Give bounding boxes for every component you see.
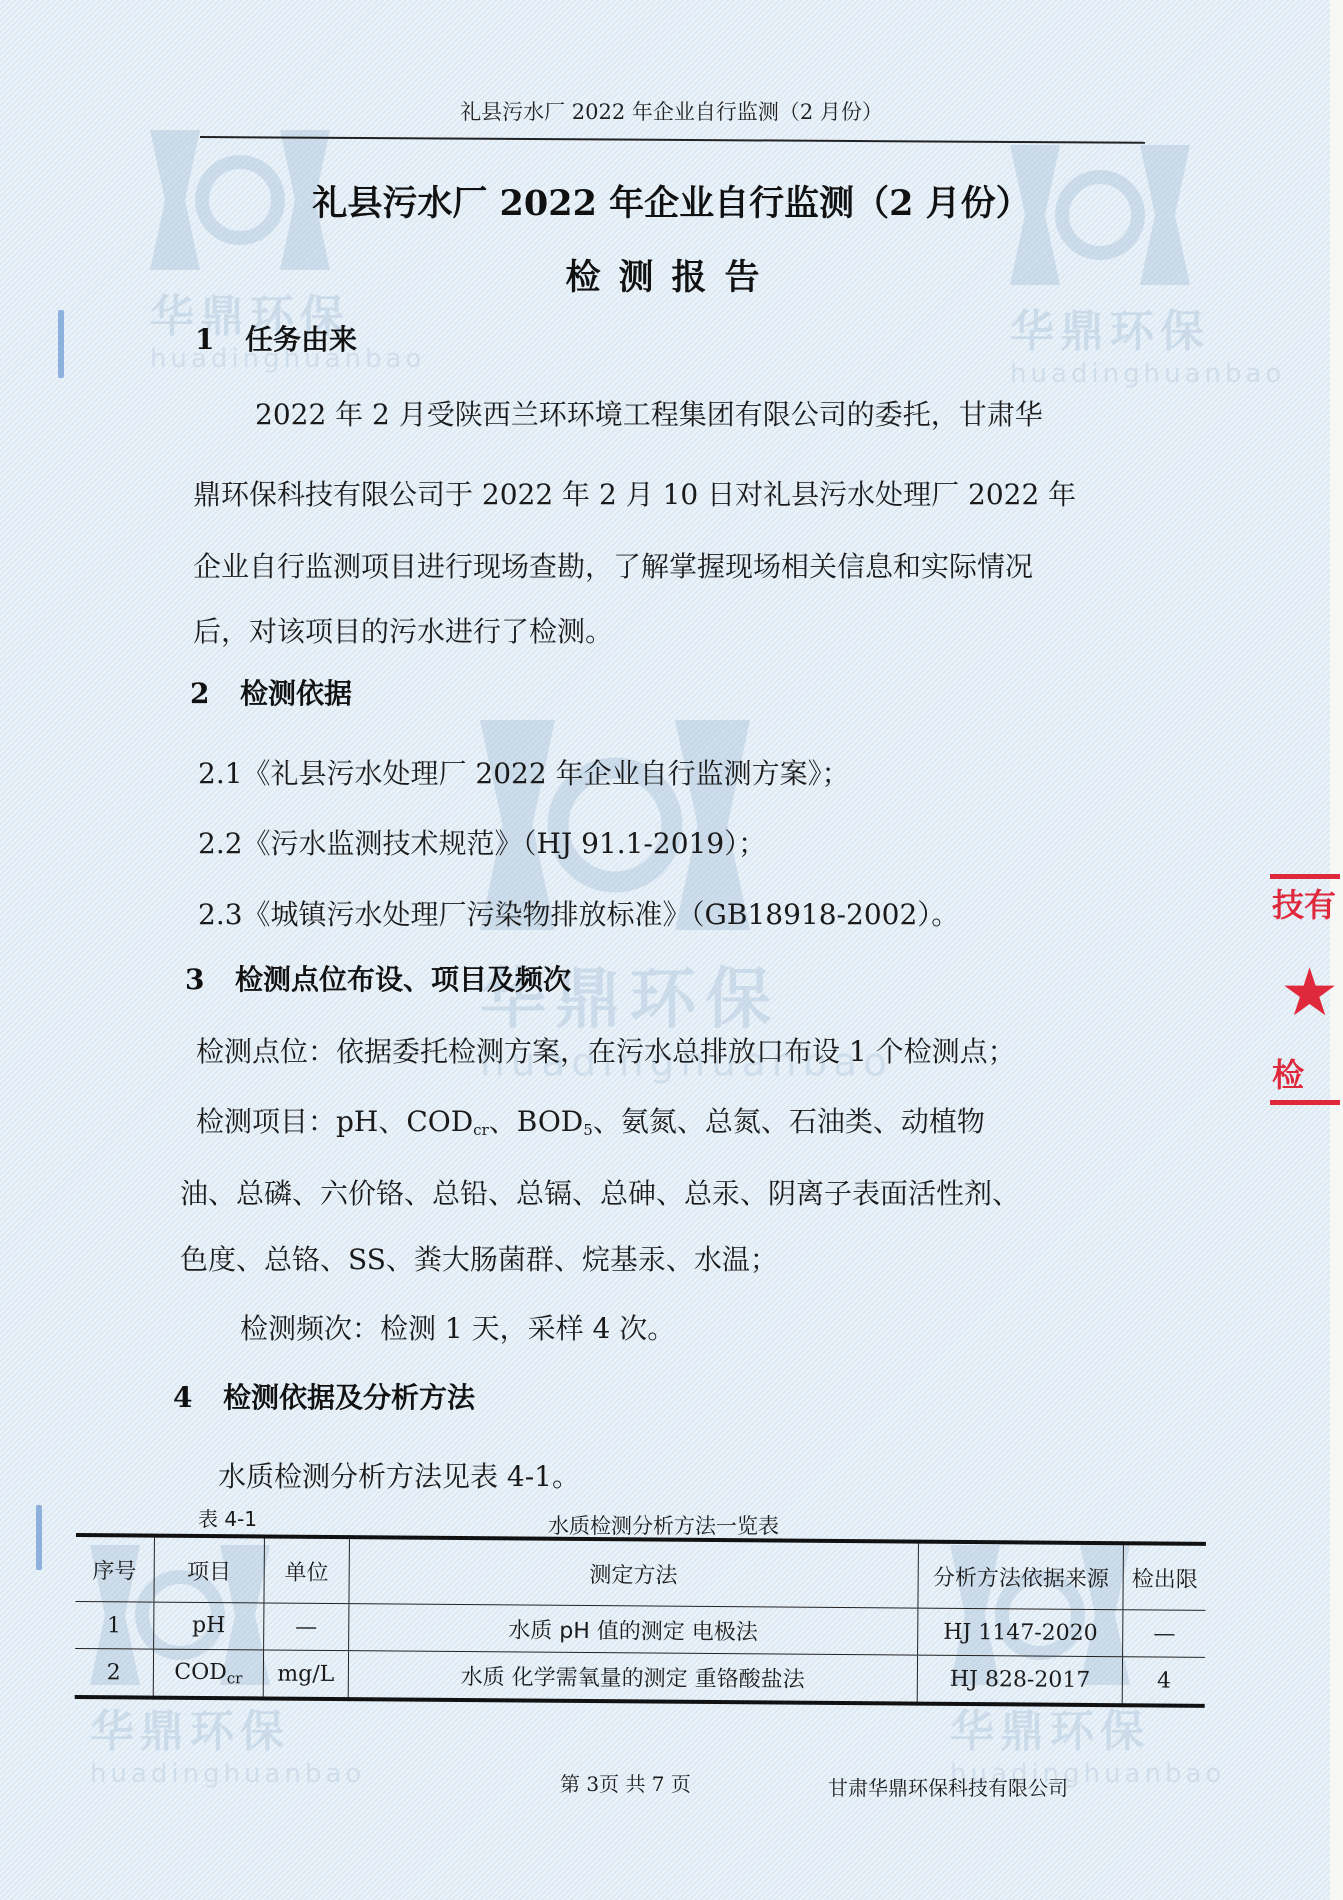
col-header-method: 测定方法 [348, 1537, 918, 1608]
monitoring-point: 检测点位：依据委托检测方案，在污水总排放口布设 1 个检测点； [196, 1030, 1016, 1070]
section-heading-3: 3检测点位布设、项目及频次 [185, 958, 571, 998]
paragraph-line: 鼎环保科技有限公司于 2022 年 2 月 10 日对礼县污水处理厂 2022 … [193, 473, 1076, 513]
reference-item: 2.2《污水监测技术规范》（HJ 91.1-2019）； [198, 822, 766, 862]
col-header-unit: 单位 [264, 1536, 349, 1603]
monitoring-items-cont: 油、总磷、六价铬、总铅、总镉、总砷、总汞、阴离子表面活性剂、 [180, 1172, 1020, 1212]
col-header-item: 项目 [153, 1536, 264, 1603]
analysis-methods-table: 序号 项目 单位 测定方法 分析方法依据来源 检出限 1 pH — 水质 pH … [75, 1533, 1206, 1708]
table-title: 水质检测分析方法一览表 [548, 1510, 779, 1540]
section-heading-2: 2检测依据 [190, 672, 352, 712]
table-header-row: 序号 项目 单位 测定方法 分析方法依据来源 检出限 [75, 1535, 1205, 1610]
page-number: 第 3页 共 7 页 [560, 1768, 691, 1797]
col-header-no: 序号 [75, 1535, 154, 1602]
paragraph-line: 2022 年 2 月受陕西兰环环境工程集团有限公司的委托，甘肃华 [255, 393, 1043, 433]
margin-mark [58, 310, 64, 378]
monitoring-items-cont: 色度、总铬、SS、粪大肠菌群、烷基汞、水温； [180, 1238, 778, 1278]
paragraph-line: 企业自行监测项目进行现场查勘，了解掌握现场相关信息和实际情况 [193, 545, 1033, 585]
document-subtitle: 检测报告 [0, 250, 1343, 300]
company-seal-stamp: 技有 ★ 检 [1270, 850, 1343, 1130]
margin-mark [36, 1505, 42, 1570]
reference-item: 2.3《城镇污水处理厂污染物排放标准》（GB18918-2002）。 [198, 893, 959, 933]
monitoring-frequency: 检测频次：检测 1 天，采样 4 次。 [240, 1307, 675, 1347]
paragraph-line: 后，对该项目的污水进行了检测。 [193, 610, 613, 650]
footer-company: 甘肃华鼎环保科技有限公司 [828, 1772, 1068, 1801]
monitoring-items: 检测项目：pH、CODcr、BOD5、氨氮、总氮、石油类、动植物 [196, 1100, 985, 1140]
document-title: 礼县污水厂 2022 年企业自行监测（2 月份） [0, 176, 1343, 226]
table-label: 表 4-1 [198, 1503, 257, 1532]
reference-item: 2.1《礼县污水处理厂 2022 年企业自行监测方案》； [198, 752, 850, 792]
section-heading-1: 1任务由来 [195, 318, 357, 358]
paragraph-line: 水质检测分析方法见表 4-1。 [218, 1455, 580, 1495]
table-row: 2 CODcr mg/L 水质 化学需氧量的测定 重铬酸盐法 HJ 828-20… [75, 1648, 1205, 1705]
star-icon: ★ [1280, 960, 1339, 1026]
col-header-limit: 检出限 [1123, 1543, 1206, 1610]
section-heading-4: 4检测依据及分析方法 [173, 1376, 475, 1416]
running-header: 礼县污水厂 2022 年企业自行监测（2 月份） [0, 96, 1343, 126]
col-header-source: 分析方法依据来源 [918, 1542, 1124, 1610]
